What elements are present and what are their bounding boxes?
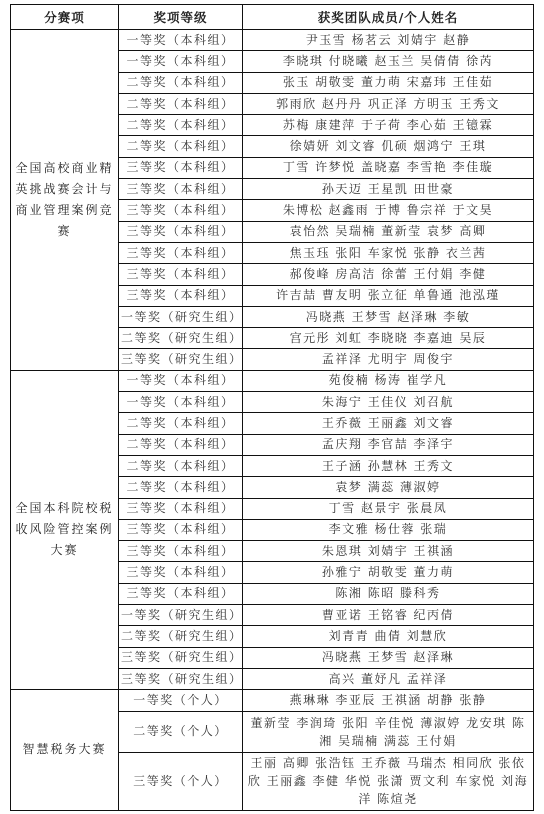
grade-cell: 二等奖（个人）: [119, 711, 243, 752]
names-cell: 李晓琪 付晓曦 赵玉兰 吴倩倩 徐芮: [243, 51, 534, 72]
names-cell: 朱恩琪 刘婧宇 王祺涵: [243, 541, 534, 562]
header-names: 获奖团队成员/个人姓名: [243, 5, 534, 30]
names-cell: 郝俊峰 房高洁 徐蕾 王付娟 李健: [243, 264, 534, 285]
names-cell: 徐婧妍 刘文睿 仉硕 烟鸿宁 王琪: [243, 136, 534, 157]
grade-cell: 三等奖（研究生组）: [119, 668, 243, 689]
header-grade: 奖项等级: [119, 5, 243, 30]
grade-cell: 三等奖（本科组）: [119, 562, 243, 583]
names-cell: 王乔薇 王丽鑫 刘文睿: [243, 413, 534, 434]
grade-cell: 二等奖（本科组）: [119, 136, 243, 157]
grade-cell: 三等奖（本科组）: [119, 541, 243, 562]
grade-cell: 二等奖（本科组）: [119, 72, 243, 93]
names-cell: 冯晓燕 王梦雪 赵泽琳 李敏: [243, 306, 534, 327]
names-cell: 郭雨欣 赵丹丹 巩正泽 方明玉 王秀文: [243, 93, 534, 114]
awards-table: 分赛项 奖项等级 获奖团队成员/个人姓名 全国高校商业精英挑战赛会计与商业管理案…: [10, 4, 534, 811]
grade-cell: 三等奖（本科组）: [119, 498, 243, 519]
grade-cell: 二等奖（本科组）: [119, 434, 243, 455]
grade-cell: 一等奖（本科组）: [119, 370, 243, 391]
table-row: 智慧税务大赛 一等奖（个人） 燕琳琳 李亚辰 王祺涵 胡静 张静: [11, 690, 534, 711]
grade-cell: 三等奖（本科组）: [119, 519, 243, 540]
names-cell: 袁怡然 吴瑞楠 董新莹 袁梦 高卿: [243, 221, 534, 242]
grade-cell: 一等奖（个人）: [119, 690, 243, 711]
header-row: 分赛项 奖项等级 获奖团队成员/个人姓名: [11, 5, 534, 30]
names-cell: 曹亚诺 王铭睿 纪丙倩: [243, 605, 534, 626]
names-cell: 王子涵 孙慧林 王秀文: [243, 455, 534, 476]
grade-cell: 二等奖（本科组）: [119, 413, 243, 434]
table-row: 全国高校商业精英挑战赛会计与商业管理案例竞赛 一等奖（本科组） 尹玉雪 杨茗云 …: [11, 30, 534, 51]
grade-cell: 三等奖（本科组）: [119, 583, 243, 604]
names-cell: 孟祥泽 尤明宇 周俊宇: [243, 349, 534, 370]
names-cell: 尹玉雪 杨茗云 刘婧宇 赵静: [243, 30, 534, 51]
table-row: 全国本科院校税收风险管控案例大赛 一等奖（本科组） 苑俊楠 杨涛 崔学凡: [11, 370, 534, 391]
names-cell: 孟庆翔 李官喆 李泽宇: [243, 434, 534, 455]
names-cell: 张玉 胡敬雯 董力萌 宋嘉玮 王佳茹: [243, 72, 534, 93]
names-cell: 冯晓燕 王梦雪 赵泽琳: [243, 647, 534, 668]
grade-cell: 三等奖（本科组）: [119, 285, 243, 306]
grade-cell: 三等奖（本科组）: [119, 200, 243, 221]
grade-cell: 一等奖（本科组）: [119, 30, 243, 51]
names-cell: 丁雪 许梦悦 盖晓嘉 李雪艳 李佳璇: [243, 157, 534, 178]
grade-cell: 二等奖（本科组）: [119, 115, 243, 136]
names-cell: 苑俊楠 杨涛 崔学凡: [243, 370, 534, 391]
grade-cell: 三等奖（本科组）: [119, 264, 243, 285]
grade-cell: 二等奖（本科组）: [119, 477, 243, 498]
names-cell: 陈湘 陈昭 滕科秀: [243, 583, 534, 604]
grade-cell: 二等奖（本科组）: [119, 93, 243, 114]
grade-cell: 二等奖（研究生组）: [119, 626, 243, 647]
grade-cell: 一等奖（研究生组）: [119, 605, 243, 626]
grade-cell: 三等奖（研究生组）: [119, 647, 243, 668]
category-cell: 智慧税务大赛: [11, 690, 119, 810]
grade-cell: 三等奖（本科组）: [119, 157, 243, 178]
names-cell: 丁雪 赵景宇 张晨凤: [243, 498, 534, 519]
header-category: 分赛项: [11, 5, 119, 30]
names-cell: 苏梅 康建萍 于子荷 李心茹 王镱霖: [243, 115, 534, 136]
category-cell: 全国高校商业精英挑战赛会计与商业管理案例竞赛: [11, 30, 119, 371]
names-cell: 燕琳琳 李亚辰 王祺涵 胡静 张静: [243, 690, 534, 711]
grade-cell: 一等奖（研究生组）: [119, 306, 243, 327]
names-cell: 刘青青 曲倩 刘慧欣: [243, 626, 534, 647]
grade-cell: 三等奖（本科组）: [119, 242, 243, 263]
names-cell: 孙天迈 王星凯 田世豪: [243, 179, 534, 200]
names-cell: 朱海宁 王佳仪 刘召航: [243, 392, 534, 413]
grade-cell: 三等奖（个人）: [119, 752, 243, 810]
grade-cell: 三等奖（研究生组）: [119, 349, 243, 370]
grade-cell: 二等奖（本科组）: [119, 455, 243, 476]
names-cell: 高兴 董妤凡 孟祥泽: [243, 668, 534, 689]
names-cell: 朱博松 赵鑫雨 于博 鲁宗祥 于文昊: [243, 200, 534, 221]
category-cell: 全国本科院校税收风险管控案例大赛: [11, 370, 119, 689]
grade-cell: 一等奖（本科组）: [119, 392, 243, 413]
names-cell: 宫元彤 刘虹 李晓晓 李嘉迪 吴辰: [243, 328, 534, 349]
grade-cell: 二等奖（研究生组）: [119, 328, 243, 349]
names-cell: 许吉喆 曹友明 张立征 单鲁通 池泓瑾: [243, 285, 534, 306]
names-cell: 袁梦 满蕊 薄淑婷: [243, 477, 534, 498]
grade-cell: 一等奖（本科组）: [119, 51, 243, 72]
grade-cell: 三等奖（本科组）: [119, 179, 243, 200]
grade-cell: 三等奖（本科组）: [119, 221, 243, 242]
names-cell: 焦玉珏 张阳 车家悦 张静 衣兰茜: [243, 242, 534, 263]
names-cell: 李文雅 杨仕蓉 张瑞: [243, 519, 534, 540]
names-cell: 董新莹 李润琦 张阳 辛佳悦 薄淑婷 龙安琪 陈湘 吴瑞楠 满蕊 王付娟: [243, 711, 534, 752]
names-cell: 王丽 高卿 张浩钰 王乔薇 马瑞杰 相同欣 张依欣 王丽鑫 李健 华悦 张潇 贾…: [243, 752, 534, 810]
names-cell: 孙雅宁 胡敬雯 董力萌: [243, 562, 534, 583]
